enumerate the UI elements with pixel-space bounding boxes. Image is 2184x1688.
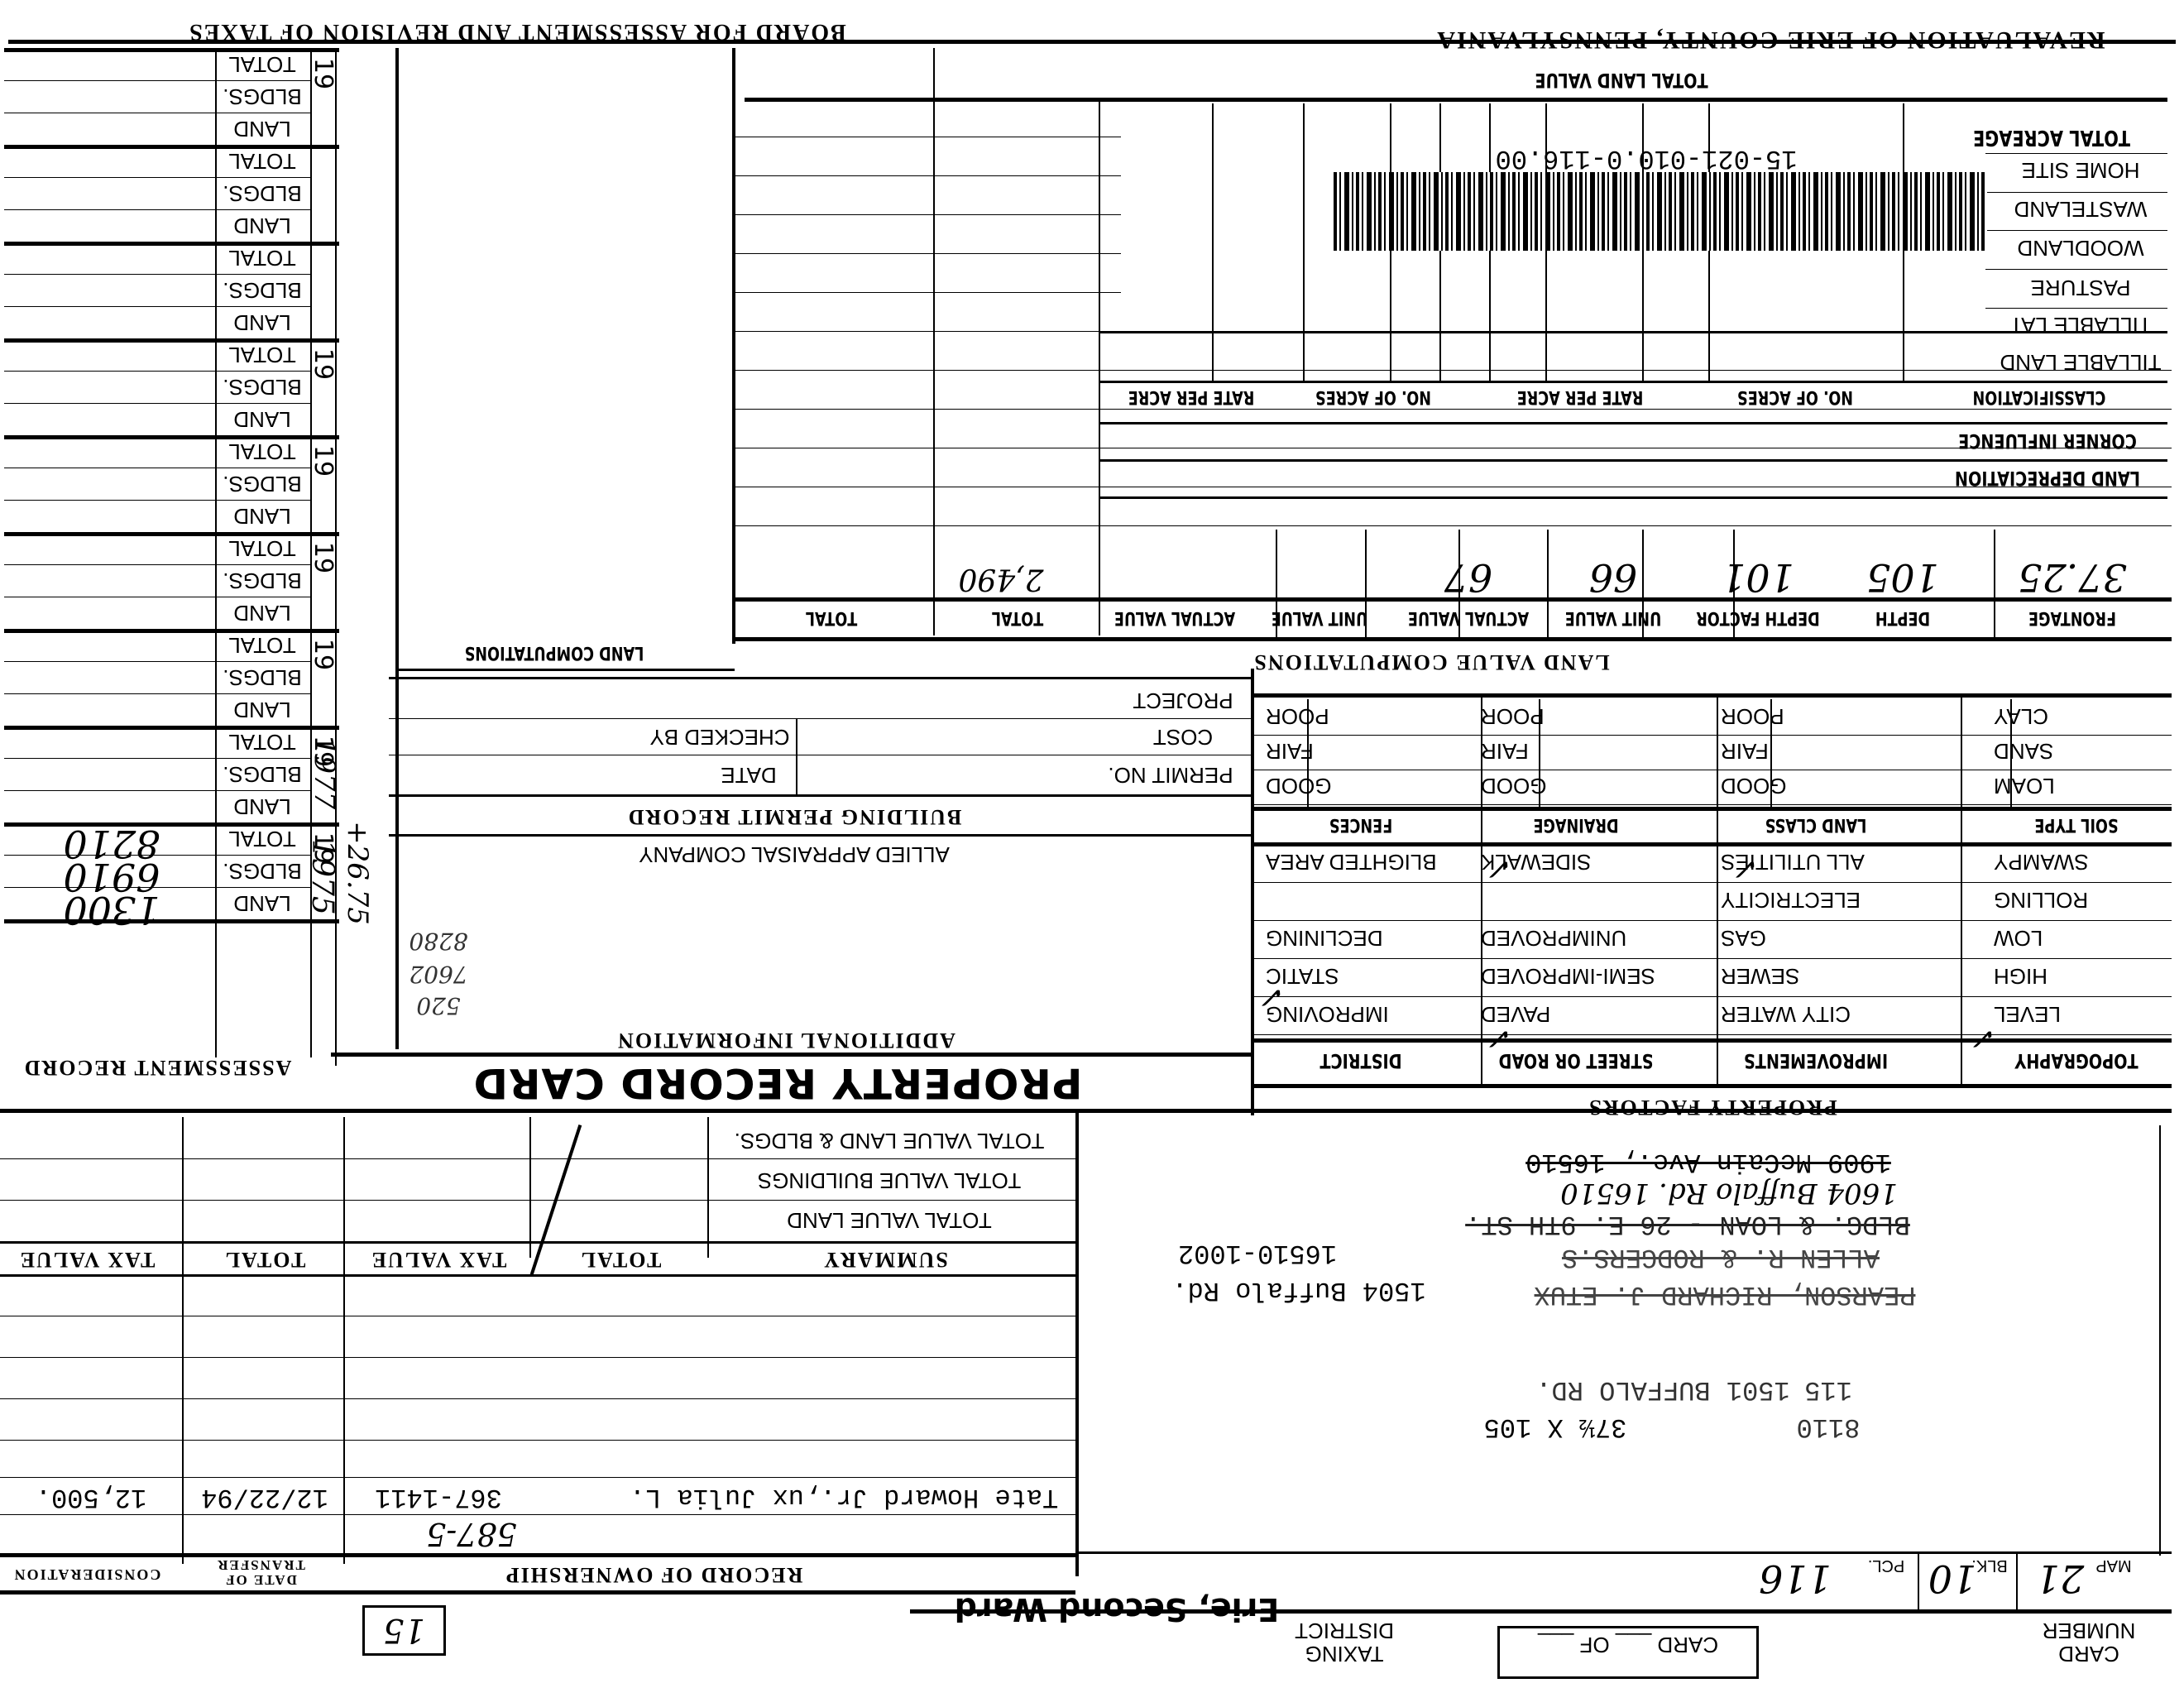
classification-row: WASTELAND bbox=[1994, 194, 2167, 224]
assessment-year-prefix: 19 bbox=[312, 634, 335, 675]
soil-cell: CLAY bbox=[1994, 702, 2159, 731]
lv-value: 67 bbox=[1398, 556, 1539, 599]
permit-top bbox=[389, 677, 1253, 679]
map-div-2 bbox=[2016, 1551, 2018, 1609]
assessment-row-label: LAND bbox=[217, 503, 308, 530]
assessment-row-rule bbox=[4, 80, 310, 81]
assessment-row-label: BLDGS. bbox=[217, 664, 308, 691]
property-factor-cell: STATIC bbox=[1266, 960, 1456, 993]
lv-row-rule bbox=[732, 137, 1121, 137]
lv-header: TOTAL bbox=[951, 604, 1084, 632]
acreage-rule bbox=[1985, 192, 2167, 193]
legal-2a: 8110 bbox=[1787, 1411, 1870, 1444]
addr-line-1: 1909 McCain Ave., 16510 bbox=[1518, 1146, 1899, 1179]
property-factors-title: PROPERTY FACTORS bbox=[1555, 1091, 1870, 1124]
assessment-1977-year: 1977 bbox=[308, 728, 341, 819]
lv-header: ACTUAL VALUE bbox=[1118, 604, 1231, 632]
classification-header: NO. OF ACRES bbox=[1307, 382, 1439, 412]
own-line bbox=[0, 1477, 1075, 1478]
assessment-row-label: BLDGS. bbox=[217, 84, 308, 110]
assessment-row-label: TOTAL bbox=[217, 729, 308, 755]
owner-transfer-date: 12/22/94 bbox=[190, 1481, 339, 1514]
summary-land-bldgs: TOTAL VALUE LAND & BLDGS. bbox=[711, 1127, 1067, 1155]
record-of-ownership-title: RECORD OF OWNERSHIP bbox=[480, 1560, 827, 1590]
lv-total-handwritten: 2,490 bbox=[927, 559, 1075, 600]
date-label: DATE bbox=[703, 761, 794, 789]
lv-value: 101 bbox=[1688, 556, 1828, 599]
assessment-year-prefix: 19 bbox=[312, 440, 335, 482]
corner-influence-label: CORNER INFLUENCE bbox=[1952, 426, 2143, 456]
assessment-row-rule bbox=[4, 371, 310, 372]
soil-cell: POOR bbox=[1266, 702, 1456, 731]
property-factor-cell: DECLINING bbox=[1266, 922, 1456, 955]
summary-row-2 bbox=[0, 1200, 1075, 1201]
acreage-rule bbox=[1985, 230, 2167, 231]
summary-row-1 bbox=[0, 1158, 1075, 1159]
acreage-rule bbox=[1985, 269, 2167, 270]
lv-row-rule bbox=[732, 175, 1121, 176]
ownership-note: 587-5 bbox=[405, 1516, 538, 1552]
pf-header-top bbox=[1253, 1038, 2172, 1043]
pf-row-rule bbox=[1253, 920, 2172, 921]
map-label: MAP bbox=[2089, 1554, 2138, 1577]
assessment-row-label: LAND bbox=[217, 116, 308, 142]
pf-col bbox=[1717, 695, 1718, 1084]
taxing-district-value: Erie, Second Ward bbox=[960, 1589, 1274, 1630]
classification-row: HOME SITE bbox=[1994, 156, 2167, 185]
pf-header: IMPROVEMENTS bbox=[1740, 1044, 1892, 1077]
total-land-value-label: TOTAL LAND VALUE bbox=[1522, 68, 1721, 93]
assessment-row-label: TOTAL bbox=[217, 826, 308, 852]
assessment-right-border bbox=[395, 48, 399, 1049]
soil-row-rule bbox=[1253, 735, 2172, 736]
assessment-row-rule bbox=[4, 209, 310, 210]
land-depreciation-label: LAND DEPRECIATION bbox=[1952, 463, 2143, 493]
card-title-top bbox=[331, 1053, 1253, 1057]
pf-col bbox=[1961, 695, 1962, 1084]
top-rule bbox=[8, 40, 2176, 44]
summary-total2-col bbox=[182, 1117, 184, 1564]
soil-header: SOIL TYPE bbox=[2010, 811, 2143, 839]
acreage-rule bbox=[1985, 308, 2167, 309]
assessment-row-label: LAND bbox=[217, 406, 308, 433]
summary-bottom bbox=[0, 1274, 1075, 1277]
lv-header: DEPTH FACTOR bbox=[1702, 604, 1814, 632]
soil-cell: LOAM bbox=[1994, 771, 2159, 801]
assessment-row-label: TOTAL bbox=[217, 535, 308, 562]
assessment-row-label: TOTAL bbox=[217, 342, 308, 368]
permit-mid bbox=[796, 718, 797, 797]
pf-check-col bbox=[1539, 699, 1540, 807]
pf-row-rule bbox=[1253, 882, 2172, 883]
lv-header: FRONTAGE bbox=[2003, 604, 2142, 632]
assessment-row-label: LAND bbox=[217, 890, 308, 917]
assessment-row-label: TOTAL bbox=[217, 51, 308, 78]
center-box-right bbox=[732, 48, 735, 644]
classification-header: NO. OF ACRES bbox=[1722, 382, 1868, 412]
property-factor-cell: ELECTRICITY bbox=[1721, 884, 1911, 917]
pf-row-rule bbox=[1253, 1034, 2172, 1035]
middle-rule bbox=[0, 1109, 2172, 1113]
allied-appraisal-label: ALLIED APPRAISAL COMPANY bbox=[604, 841, 984, 869]
barcode-icon bbox=[1334, 172, 1987, 251]
assessment-row-label: BLDGS. bbox=[217, 761, 308, 788]
summary-title: SUMMARY bbox=[794, 1245, 976, 1273]
current-address-1: 1504 Buffalo Rd. bbox=[1150, 1274, 1448, 1307]
soil-row-rule bbox=[1253, 804, 2172, 805]
pf-header: TOPOGRAPHY bbox=[2010, 1044, 2143, 1077]
assessment-record-title: ASSESSMENT RECORD bbox=[17, 1051, 298, 1084]
assessment-row-label: LAND bbox=[217, 600, 308, 626]
assessment-1975-land: 1300 bbox=[41, 890, 182, 931]
assessment-row-label: TOTAL bbox=[217, 632, 308, 659]
summary-tax-col bbox=[343, 1117, 345, 1564]
addl-note-1: 8280 bbox=[381, 927, 496, 957]
property-factor-cell: LOW bbox=[1994, 922, 2159, 955]
soil-cell: GOOD bbox=[1481, 771, 1671, 801]
assessment-row-rule bbox=[4, 597, 310, 597]
card-of-box: CARD ___ OF ___ bbox=[1497, 1626, 1759, 1679]
lv-col-1 bbox=[1099, 98, 1100, 635]
soil-cell: POOR bbox=[1721, 702, 1911, 731]
summary-tax-value-header: TAX VALUE bbox=[364, 1245, 513, 1273]
lv-value: 37.25 bbox=[1985, 556, 2159, 599]
assessment-row-label: BLDGS. bbox=[217, 180, 308, 207]
property-factor-cell: SWAMPY bbox=[1994, 846, 2159, 879]
pf-check-col bbox=[1307, 699, 1309, 807]
summary-land: TOTAL VALUE LAND bbox=[711, 1206, 1067, 1235]
pf-check-col bbox=[1770, 699, 1772, 807]
summary-tax-value2-header: TAX VALUE bbox=[0, 1245, 174, 1273]
checkmark-icon: ✓ bbox=[1489, 852, 1514, 885]
classification-row: WOODLAND bbox=[1994, 233, 2167, 263]
assessment-row-rule bbox=[4, 306, 310, 307]
classif-rule bbox=[1100, 422, 2167, 424]
assessment-row-rule bbox=[4, 790, 310, 791]
summary-row-3 bbox=[0, 1241, 1075, 1244]
property-factor-cell: BLIGHTED AREA bbox=[1266, 846, 1456, 879]
cost-label: COST bbox=[1125, 723, 1241, 751]
assessment-row-label: BLDGS. bbox=[217, 858, 308, 885]
own-line bbox=[0, 1357, 1075, 1358]
pf-header: DISTRICT bbox=[1285, 1044, 1437, 1077]
own-line bbox=[0, 1440, 1075, 1441]
summary-total2-header: TOTAL bbox=[199, 1245, 331, 1273]
summary-label-col bbox=[707, 1117, 709, 1258]
owner-deed: 367-1411 bbox=[347, 1481, 529, 1514]
soil-cell: FAIR bbox=[1481, 736, 1671, 766]
lv-row-rule bbox=[732, 214, 1121, 215]
soil-cell: FAIR bbox=[1721, 736, 1911, 766]
own-header-bottom bbox=[0, 1590, 1075, 1594]
soil-cell: FAIR bbox=[1266, 736, 1456, 766]
additional-info-title: ADDITIONAL INFORMATION bbox=[596, 1026, 976, 1054]
addr-right bbox=[2159, 1125, 2161, 1556]
blk-value: 10 bbox=[1928, 1556, 1977, 1602]
lv-row-rule bbox=[732, 253, 1121, 254]
checked-by-label: CHECKED BY bbox=[645, 723, 794, 751]
property-factor-cell: ROLLING bbox=[1994, 884, 2159, 917]
own-line bbox=[0, 1514, 1075, 1515]
legal-1a: 115 bbox=[1795, 1374, 1861, 1407]
own-line bbox=[0, 1316, 1075, 1316]
lv-value: 105 bbox=[1832, 556, 1973, 599]
permit-right bbox=[1251, 669, 1254, 1115]
classification-header: RATE PER ACRE bbox=[1125, 382, 1257, 412]
property-factor-cell bbox=[1266, 884, 1456, 917]
pf-check-col bbox=[2010, 699, 2012, 807]
pf-bottom bbox=[1253, 1084, 2172, 1088]
assessment-row-label: LAND bbox=[217, 213, 308, 239]
pf-row-rule bbox=[1253, 958, 2172, 959]
classif-col bbox=[1212, 103, 1214, 381]
lv-header: UNIT VALUE bbox=[1263, 604, 1376, 632]
checkmark-icon: ✓ bbox=[1262, 981, 1286, 1014]
soil-cell: GOOD bbox=[1266, 771, 1456, 801]
lv-value: 66 bbox=[1543, 556, 1683, 599]
assessment-row-label: LAND bbox=[217, 697, 308, 723]
soil-row-rule bbox=[1253, 770, 2172, 770]
lv-header: DEPTH bbox=[1846, 604, 1959, 632]
assessment-1975-year: 1975 bbox=[306, 827, 339, 927]
assessment-row-label: LAND bbox=[217, 794, 308, 820]
classif-col bbox=[1303, 103, 1305, 381]
total-acreage-label: TOTAL ACREAGE bbox=[1966, 122, 2138, 152]
own-header-top bbox=[0, 1553, 1075, 1557]
addl-note-2: 7602 bbox=[381, 960, 496, 990]
classification-row: PASTURE bbox=[1994, 273, 2167, 303]
classif-rule bbox=[1100, 459, 2167, 462]
soil-header: LAND CLASS bbox=[1740, 811, 1892, 839]
building-permit-title: BUILDING PERMIT RECORD bbox=[596, 803, 993, 831]
summary-total-col bbox=[529, 1117, 531, 1258]
classification-row: TILLABLE LAT bbox=[1994, 310, 2167, 340]
taxing-district-label: TAXING DISTRICT bbox=[1282, 1618, 1406, 1667]
property-factor-cell: HIGH bbox=[1994, 960, 2159, 993]
soil-cell: GOOD bbox=[1721, 771, 1911, 801]
soil-header: DRAINAGE bbox=[1500, 811, 1652, 839]
summary-buildings: TOTAL VALUE BUILDINGS bbox=[711, 1167, 1067, 1195]
owner-consideration: 12,500. bbox=[8, 1481, 174, 1514]
project-label: PROJECT bbox=[1125, 687, 1241, 715]
assessment-row-rule bbox=[4, 758, 310, 759]
permit-row-3 bbox=[389, 794, 1253, 797]
assessment-row-label: LAND bbox=[217, 309, 308, 336]
property-factor-cell: GAS bbox=[1721, 922, 1911, 955]
assessment-row-label: TOTAL bbox=[217, 439, 308, 465]
addr-line-4: ALLEN R. & RODGERS.S bbox=[1539, 1241, 1903, 1274]
addr-line-3: BLDG. & LOAN - 26 E. 9TH ST. bbox=[1473, 1208, 1903, 1241]
land-value-header-rule bbox=[745, 98, 2167, 102]
map-value: 21 bbox=[2027, 1556, 2093, 1602]
lv-header-bottom bbox=[732, 637, 2172, 641]
owner-name: Tate Howard Jr.,ux Julia L. bbox=[612, 1481, 1075, 1514]
lv-row-rule bbox=[732, 292, 1121, 293]
soil-cell: POOR bbox=[1481, 702, 1671, 731]
assessment-row-label: BLDGS. bbox=[217, 471, 308, 497]
lv-row-rule bbox=[732, 331, 1121, 332]
lv-row-rule bbox=[732, 370, 2172, 371]
lv-row-rule bbox=[732, 525, 2172, 526]
property-factor-cell: SEMI-IMPROVED bbox=[1481, 960, 1671, 993]
addl-note-3: 520 bbox=[381, 991, 496, 1021]
permit-no-label: PERMIT NO. bbox=[1100, 761, 1241, 789]
soil-cell: SAND bbox=[1994, 736, 2159, 766]
property-factor-cell: UNIMPROVED bbox=[1481, 922, 1671, 955]
assessment-row-rule bbox=[4, 403, 310, 404]
assessment-1975-note: +26.75 bbox=[341, 819, 374, 927]
addr-line-2: 1604 Buffalo Rd. 16510 bbox=[1555, 1175, 1903, 1211]
assessment-year-prefix: 19 bbox=[312, 537, 335, 578]
card-number-label: CARD NUMBER bbox=[2035, 1618, 2143, 1667]
permit-bottom bbox=[389, 834, 1253, 837]
classification-header: CLASSIFICATION bbox=[1943, 382, 2135, 412]
legal-2b: 37½ X 105 bbox=[1464, 1411, 1646, 1444]
permit-row-1 bbox=[389, 718, 1253, 719]
classif-rule bbox=[1100, 496, 2167, 499]
soil-header: FENCES bbox=[1285, 811, 1437, 839]
property-factor-cell: IMPROVING bbox=[1266, 998, 1456, 1031]
assessment-row-label: BLDGS. bbox=[217, 568, 308, 594]
pcl-value: 116 bbox=[1746, 1556, 1845, 1602]
property-factor-cell bbox=[1481, 884, 1671, 917]
own-line bbox=[0, 1398, 1075, 1399]
date-of-transfer-header: DATE OF TRANSFER bbox=[186, 1556, 335, 1589]
assessment-year-prefix: 19 bbox=[312, 343, 335, 385]
property-factor-cell: CITY WATER bbox=[1721, 998, 1911, 1031]
assessment-row-rule bbox=[4, 661, 310, 662]
assessment-row-rule bbox=[4, 564, 310, 565]
pf-row-rule bbox=[1253, 996, 2172, 997]
pf-soil-top bbox=[1253, 693, 2172, 698]
assessment-row-label: BLDGS. bbox=[217, 277, 308, 304]
assessment-row-rule bbox=[4, 113, 310, 113]
assessment-row-rule bbox=[4, 468, 310, 468]
classification-header: RATE PER ACRE bbox=[1514, 382, 1646, 412]
land-value-computations-title: LAND VALUE COMPUTATIONS bbox=[1249, 645, 1613, 679]
addr-line-5: PEARSON, RICHARD J. ETUX bbox=[1547, 1278, 1903, 1312]
parcel-id: 15-021-010.0-116.00 bbox=[1464, 142, 1828, 175]
assessment-row-label: TOTAL bbox=[217, 148, 308, 175]
consideration-header: CONSIDERATION bbox=[0, 1560, 174, 1590]
classification-row: TILLABLE LAND bbox=[1994, 348, 2167, 377]
pf-header: STREET OR ROAD bbox=[1500, 1044, 1652, 1077]
acreage-rule bbox=[1985, 153, 2167, 154]
summary-right bbox=[1075, 1113, 1079, 1576]
assessment-year-prefix: 19 bbox=[312, 53, 335, 94]
property-record-card-title: PROPERTY RECORD CARD bbox=[529, 1061, 1026, 1105]
legal-1b: 1501 BUFFALO RD. bbox=[1539, 1374, 1787, 1407]
assessment-row-rule bbox=[4, 500, 310, 501]
permit-row-2 bbox=[389, 755, 1253, 755]
land-computations-label: LAND COMPUTATIONS bbox=[448, 640, 660, 665]
lv-header: ACTUAL VALUE bbox=[1412, 604, 1525, 632]
property-factor-cell: LEVEL bbox=[1994, 998, 2159, 1031]
assessment-row-rule bbox=[4, 274, 310, 275]
checkmark-icon: ✓ bbox=[1736, 852, 1760, 885]
assessment-row-rule bbox=[4, 177, 310, 178]
assessment-row-label: TOTAL bbox=[217, 245, 308, 271]
assessment-row-label: BLDGS. bbox=[217, 374, 308, 400]
map-div-1 bbox=[1918, 1551, 1919, 1609]
land-comp-top bbox=[395, 669, 735, 671]
assessment-row-rule bbox=[4, 693, 310, 694]
lv-header: TOTAL bbox=[755, 604, 908, 632]
pcl-label: PCL. bbox=[1861, 1554, 1911, 1577]
summary-total-header: TOTAL bbox=[563, 1245, 678, 1273]
property-factor-cell: SEWER bbox=[1721, 960, 1911, 993]
current-address-2: 16510-1002 bbox=[1150, 1237, 1365, 1270]
stamp-box: 15 bbox=[362, 1605, 446, 1656]
lv-header: UNIT VALUE bbox=[1557, 604, 1669, 632]
